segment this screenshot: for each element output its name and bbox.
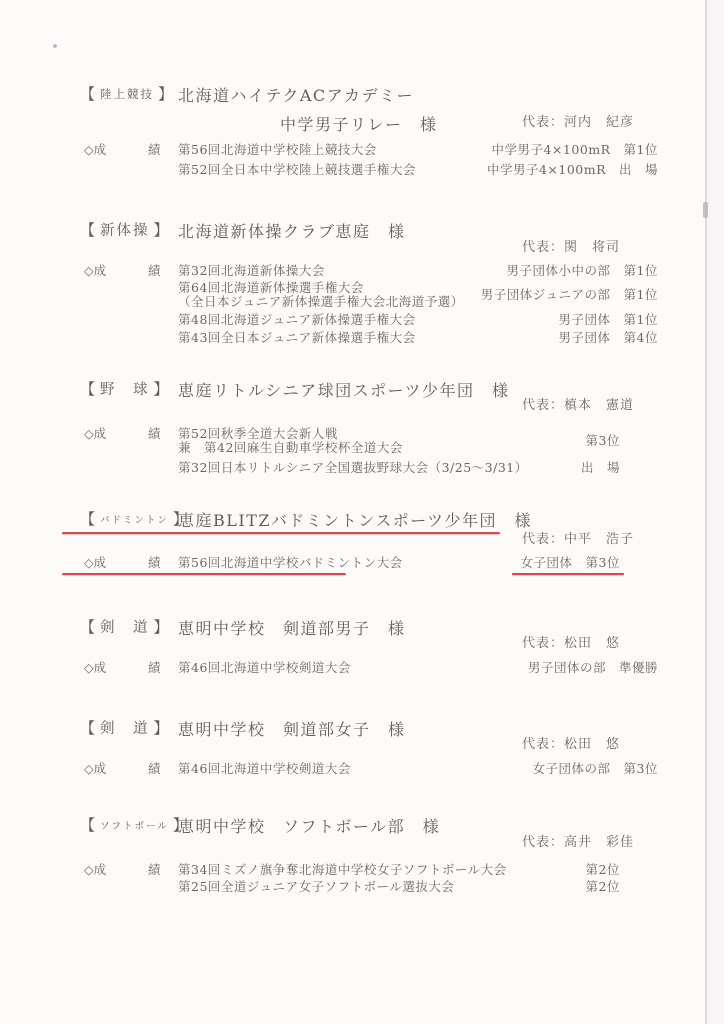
organization-name: 恵庭BLITZバドミントンスポーツ少年団 様 — [178, 508, 532, 531]
event-name-line2: （全日本ジュニア新体操選手権大会北海道予選） — [178, 292, 464, 310]
representative-name: 代表：中平 浩子 — [522, 528, 634, 547]
category-label: 【 ソフトボール 】 — [80, 814, 189, 835]
bracket-close: 】 — [154, 219, 170, 240]
event-result: 第2位 — [586, 860, 620, 878]
category-label: 【 剣 道 】 — [80, 717, 170, 738]
representative-name: 代表：関 将司 — [522, 236, 620, 255]
results-label-part2: 績 — [148, 860, 161, 878]
event-name: 第43回全日本ジュニア新体操選手権大会 — [178, 328, 416, 346]
category-label: 【 剣 道 】 — [80, 616, 170, 637]
bracket-open: 【 — [80, 717, 96, 738]
event-name: 第32回日本リトルシニア全国選抜野球大会（3/25～3/31） — [178, 458, 528, 476]
bracket-open: 【 — [80, 508, 96, 529]
bracket-open: 【 — [80, 219, 96, 240]
event-name: 第56回北海道中学校バドミントン大会 — [178, 553, 403, 571]
representative-name: 代表：高井 彩佳 — [522, 831, 634, 850]
results-label-part2: 績 — [148, 658, 161, 676]
award-section-baseball: 【 野 球 】 恵庭リトルシニア球団スポーツ少年団 様 代表：槙本 憲道 ◇成 … — [0, 378, 724, 480]
category-label: 【 バドミントン 】 — [80, 508, 189, 529]
organization-name: 北海道ハイテクACアカデミー — [178, 83, 414, 106]
event-name: 第46回北海道中学校剣道大会 — [178, 759, 351, 777]
event-result: 中学男子4×100mR 出 場 — [487, 160, 658, 178]
bracket-open: 【 — [80, 83, 96, 104]
results-label-part1: ◇成 — [84, 658, 106, 676]
award-section-athletics: 【 陸上競技 】 北海道ハイテクACアカデミー 中学男子リレー 様 代表：河内 … — [0, 83, 724, 199]
event-result: 女子団体 第3位 — [521, 553, 620, 571]
representative-name: 代表：松田 悠 — [522, 733, 620, 752]
representative-name: 代表：松田 悠 — [522, 632, 620, 651]
red-underline-event — [62, 573, 346, 575]
category-text: 陸上競技 — [100, 86, 154, 102]
scan-dust-speck — [53, 44, 57, 48]
category-text: ソフトボール — [100, 818, 169, 832]
category-label: 【 新体操 】 — [80, 219, 170, 240]
event-result: 男子団体 第4位 — [559, 328, 658, 346]
event-result: 男子団体ジュニアの部 第1位 — [481, 285, 658, 303]
organization-name: 北海道新体操クラブ恵庭 様 — [178, 219, 406, 242]
organization-name: 恵明中学校 剣道部男子 様 — [178, 616, 406, 639]
event-name: 第34回ミズノ旗争奪北海道中学校女子ソフトボール大会 — [178, 860, 507, 878]
category-text: バドミントン — [100, 512, 169, 526]
red-underline-heading — [62, 532, 500, 534]
bracket-close: 】 — [154, 616, 170, 637]
results-label-part2: 績 — [148, 553, 161, 571]
red-underline-result — [512, 573, 624, 575]
results-label-part1: ◇成 — [84, 140, 106, 158]
organization-name: 恵明中学校 ソフトボール部 様 — [178, 814, 440, 837]
event-name: 第25回全道ジュニア女子ソフトボール選抜大会 — [178, 877, 454, 895]
award-section-kendo-boys: 【 剣 道 】 恵明中学校 剣道部男子 様 代表：松田 悠 ◇成 績 第46回北… — [0, 616, 724, 678]
bracket-open: 【 — [80, 616, 96, 637]
event-name: 第56回北海道中学校陸上競技大会 — [178, 140, 377, 158]
award-section-badminton: 【 バドミントン 】 恵庭BLITZバドミントンスポーツ少年団 様 代表：中平 … — [0, 508, 724, 588]
results-label-part2: 績 — [148, 261, 161, 279]
results-label-part1: ◇成 — [84, 860, 106, 878]
category-label: 【 陸上競技 】 — [80, 83, 174, 104]
category-text: 野 球 — [100, 378, 150, 399]
organization-name-line2: 中学男子リレー 様 — [280, 112, 438, 135]
results-label-part2: 績 — [148, 140, 161, 158]
results-label-part2: 績 — [148, 424, 161, 442]
award-section-kendo-girls: 【 剣 道 】 恵明中学校 剣道部女子 様 代表：松田 悠 ◇成 績 第46回北… — [0, 717, 724, 779]
event-name: 第32回北海道新体操大会 — [178, 261, 325, 279]
event-result: 女子団体の部 第3位 — [533, 759, 658, 777]
bracket-open: 【 — [80, 378, 96, 399]
results-label-part1: ◇成 — [84, 553, 106, 571]
event-name: 第52回全日本中学校陸上競技選手権大会 — [178, 160, 416, 178]
event-result: 男子団体の部 準優勝 — [528, 658, 658, 676]
event-result: 男子団体小中の部 第1位 — [507, 261, 658, 279]
event-result: 第3位 — [586, 431, 620, 449]
representative-name: 代表：河内 紀彦 — [522, 111, 634, 130]
event-name-line2: 兼 第42回麻生自動車学校杯全道大会 — [178, 438, 403, 456]
results-label-part1: ◇成 — [84, 424, 106, 442]
representative-name: 代表：槙本 憲道 — [522, 394, 634, 413]
results-label-part2: 績 — [148, 759, 161, 777]
scanned-award-page: 【 陸上競技 】 北海道ハイテクACアカデミー 中学男子リレー 様 代表：河内 … — [0, 0, 724, 1024]
organization-name: 恵庭リトルシニア球団スポーツ少年団 様 — [178, 378, 509, 401]
event-result: 出 場 — [581, 458, 620, 476]
category-text: 剣 道 — [100, 717, 150, 738]
bracket-close: 】 — [158, 83, 174, 104]
bracket-close: 】 — [154, 717, 170, 738]
event-name: 第48回北海道ジュニア新体操選手権大会 — [178, 310, 416, 328]
results-label-part1: ◇成 — [84, 759, 106, 777]
event-result: 中学男子4×100mR 第1位 — [491, 140, 658, 158]
category-label: 【 野 球 】 — [80, 378, 170, 399]
award-section-softball: 【 ソフトボール 】 恵明中学校 ソフトボール部 様 代表：高井 彩佳 ◇成 績… — [0, 814, 724, 896]
results-label-part1: ◇成 — [84, 261, 106, 279]
scan-edge-mark — [703, 202, 708, 218]
bracket-open: 【 — [80, 814, 96, 835]
event-result: 第2位 — [586, 877, 620, 895]
event-result: 男子団体 第1位 — [559, 310, 658, 328]
event-name: 第46回北海道中学校剣道大会 — [178, 658, 351, 676]
category-text: 新体操 — [100, 219, 150, 240]
bracket-close: 】 — [154, 378, 170, 399]
organization-name: 恵明中学校 剣道部女子 様 — [178, 717, 406, 740]
category-text: 剣 道 — [100, 616, 150, 637]
award-section-rhythmic-gymnastics: 【 新体操 】 北海道新体操クラブ恵庭 様 代表：関 将司 ◇成 績 第32回北… — [0, 219, 724, 349]
